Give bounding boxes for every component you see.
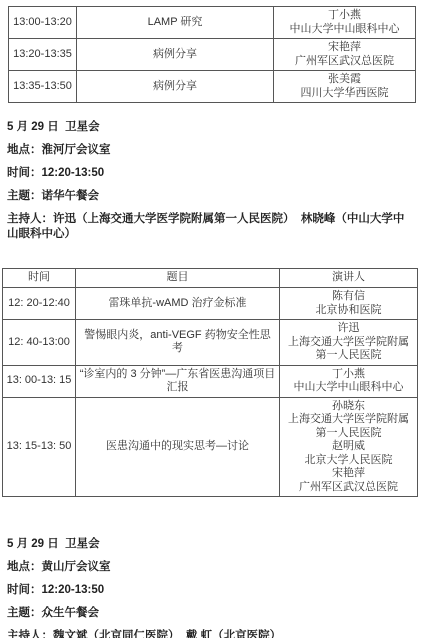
session-location: 地点：黄山厅会议室	[7, 560, 415, 575]
speaker-affiliation: 北京大学人民医院	[283, 454, 414, 468]
speaker-cell: 许迅 上海交通大学医学院附属第一人民医院	[280, 320, 418, 366]
speaker-affiliation: 中山大学中山眼科中心	[277, 23, 412, 37]
speaker-name: 孙晓东	[283, 400, 414, 414]
header-topic: 题目	[76, 269, 280, 288]
session-time: 时间：12:20-13:50	[7, 583, 415, 598]
session-location: 地点：淮河厅会议室	[7, 143, 415, 158]
topic-cell: 警惕眼内炎，anti-VEGF 药物安全性思考	[76, 320, 280, 366]
time-cell: 13:00-13:20	[9, 7, 77, 39]
header-speaker: 演讲人	[280, 269, 418, 288]
speaker-name: 宋艳萍	[277, 41, 412, 55]
time-cell: 13:20-13:35	[9, 39, 77, 71]
speaker-cell: 陈有信 北京协和医院	[280, 288, 418, 320]
speaker-affiliation: 中山大学中山眼科中心	[283, 381, 414, 395]
topic-cell: 雷珠单抗-wAMD 治疗金标准	[76, 288, 280, 320]
speaker-cell: 丁小燕 中山大学中山眼科中心	[274, 7, 416, 39]
speaker-cell: 丁小燕 中山大学中山眼科中心	[280, 365, 418, 397]
session-theme: 主题：众生午餐会	[7, 606, 415, 621]
time-cell: 13: 15-13: 50	[3, 397, 76, 497]
table-row: 13:35-13:50 病例分享 张美霞 四川大学华西医院	[9, 71, 416, 103]
session-info-novartis: 5 月 29 日 卫星会 地点：淮河厅会议室 时间：12:20-13:50 主题…	[7, 120, 415, 242]
speaker-affiliation: 上海交通大学医学院附属第一人民医院	[283, 336, 414, 363]
topic-cell: 病例分享	[77, 71, 274, 103]
time-cell: 12: 40-13:00	[3, 320, 76, 366]
time-cell: 12: 20-12:40	[3, 288, 76, 320]
time-cell: 13: 00-13: 15	[3, 365, 76, 397]
session-info-zhongsheng: 5 月 29 日 卫星会 地点：黄山厅会议室 时间：12:20-13:50 主题…	[7, 537, 415, 638]
session-time: 时间：12:20-13:50	[7, 166, 415, 181]
speaker-affiliation: 广州军区武汉总医院	[277, 55, 412, 69]
table-row: 12: 20-12:40 雷珠单抗-wAMD 治疗金标准 陈有信 北京协和医院	[3, 288, 418, 320]
table-row: 13:00-13:20 LAMP 研究 丁小燕 中山大学中山眼科中心	[9, 7, 416, 39]
session-hosts: 主持人：许迅（上海交通大学医学院附属第一人民医院） 林晓峰（中山大学中山眼科中心…	[7, 212, 415, 242]
header-time: 时间	[3, 269, 76, 288]
topic-cell: 病例分享	[77, 39, 274, 71]
speaker-name: 宋艳萍	[283, 467, 414, 481]
table-row: 13:20-13:35 病例分享 宋艳萍 广州军区武汉总医院	[9, 39, 416, 71]
topic-cell: LAMP 研究	[77, 7, 274, 39]
speaker-affiliation: 北京协和医院	[283, 304, 414, 318]
conference-program-page: 13:00-13:20 LAMP 研究 丁小燕 中山大学中山眼科中心 13:20…	[0, 0, 422, 638]
table-row: 13: 15-13: 50 医患沟通中的现实思考—讨论 孙晓东 上海交通大学医学…	[3, 397, 418, 497]
speaker-cell: 孙晓东 上海交通大学医学院附属第一人民医院 赵明威 北京大学人民医院 宋艳萍 广…	[280, 397, 418, 497]
speaker-cell: 张美霞 四川大学华西医院	[274, 71, 416, 103]
speaker-name: 许迅	[283, 322, 414, 336]
speaker-name: 赵明威	[283, 440, 414, 454]
speaker-name: 丁小燕	[277, 9, 412, 23]
time-cell: 13:35-13:50	[9, 71, 77, 103]
table-row: 13: 00-13: 15 “诊室内的 3 分钟”—广东省医患沟通项目汇报 丁小…	[3, 365, 418, 397]
speaker-name: 陈有信	[283, 290, 414, 304]
table-header-row: 时间 题目 演讲人	[3, 269, 418, 288]
top-session-table: 13:00-13:20 LAMP 研究 丁小燕 中山大学中山眼科中心 13:20…	[8, 6, 416, 103]
session-date-title: 5 月 29 日 卫星会	[7, 120, 415, 135]
speaker-affiliation: 四川大学华西医院	[277, 87, 412, 101]
speaker-affiliation: 上海交通大学医学院附属第一人民医院	[283, 413, 414, 440]
speaker-name: 张美霞	[277, 73, 412, 87]
table-row: 12: 40-13:00 警惕眼内炎，anti-VEGF 药物安全性思考 许迅 …	[3, 320, 418, 366]
program-table: 时间 题目 演讲人 12: 20-12:40 雷珠单抗-wAMD 治疗金标准 陈…	[2, 268, 418, 497]
session-date-title: 5 月 29 日 卫星会	[7, 537, 415, 552]
topic-cell: “诊室内的 3 分钟”—广东省医患沟通项目汇报	[76, 365, 280, 397]
speaker-cell: 宋艳萍 广州军区武汉总医院	[274, 39, 416, 71]
topic-cell: 医患沟通中的现实思考—讨论	[76, 397, 280, 497]
speaker-name: 丁小燕	[283, 368, 414, 382]
speaker-affiliation: 广州军区武汉总医院	[283, 481, 414, 495]
session-theme: 主题：诺华午餐会	[7, 189, 415, 204]
session-hosts: 主持人：魏文斌（北京同仁医院） 戴 虹（北京医院）	[7, 629, 415, 638]
